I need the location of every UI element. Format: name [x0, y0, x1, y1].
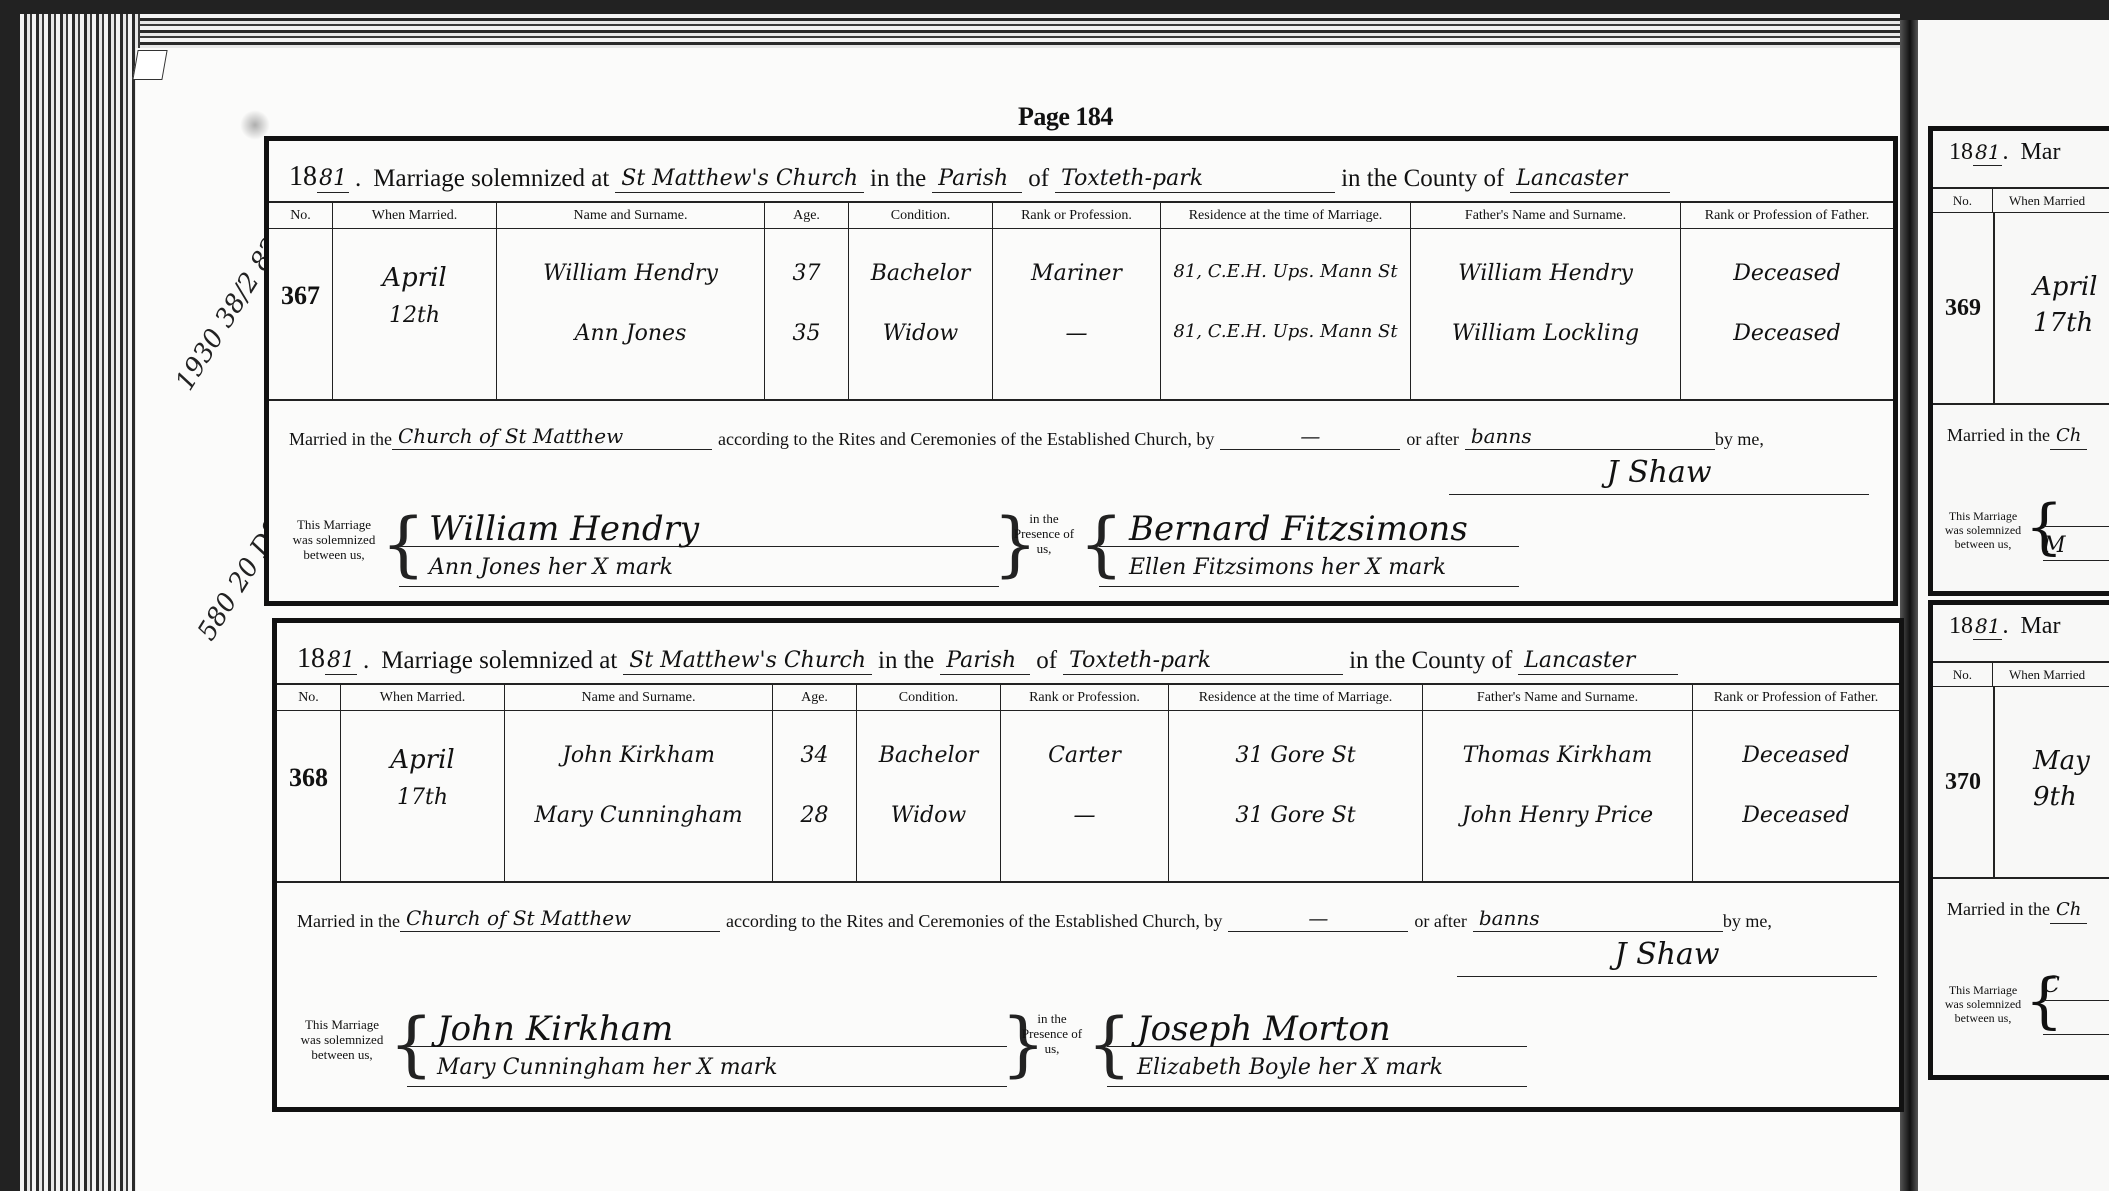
entry-number: 367 [269, 281, 332, 311]
bride-name: Ann Jones [497, 321, 764, 346]
year-prefix: 18 [289, 161, 317, 193]
page-edges-left [20, 14, 140, 1191]
col-no: No. 368 [277, 685, 341, 881]
col-father-name: Father's Name and Surname. Thomas Kirkha… [1423, 685, 1693, 881]
groom-profession: Mariner [993, 261, 1160, 286]
entry-number: 370 [1933, 769, 1993, 796]
married-in-church: Church of St Matthew [392, 423, 712, 450]
by-licence: — [1228, 905, 1408, 932]
marriage-entry-367: 1881. Marriage solemnized at St Matthew'… [264, 136, 1898, 606]
witness-2-signature: Elizabeth Boyle her X mark [1107, 1051, 1527, 1087]
witness-1-signature: Joseph Morton [1107, 1011, 1527, 1047]
signature-2: M [2043, 533, 2109, 561]
solemnized-between-label: This Marriage was solemnized between us, [1943, 983, 2023, 1025]
of-label: of [1022, 165, 1055, 193]
col-residence: Residence at the time of Marriage. 81, C… [1161, 203, 1411, 399]
district: Toxteth-park [1055, 166, 1335, 193]
groom-name: William Hendry [497, 261, 764, 286]
solemnized-between-label: This Marriage was solemnized between us, [297, 1017, 387, 1062]
page-number: Page 184 [1018, 102, 1113, 132]
col-condition: Condition. Bachelor Widow [849, 203, 993, 399]
entry-header: 1881. Marriage solemnized at St Matthew'… [269, 149, 1893, 193]
col-age: Age. 34 28 [773, 685, 857, 881]
bride-father-profession: Deceased [1681, 321, 1893, 346]
date-day: 17th [341, 785, 504, 810]
bride-name: Mary Cunningham [505, 803, 772, 828]
entry-table: No. 367 When Married. April 12th Name an… [269, 201, 1893, 401]
col-father-name: Father's Name and Surname. William Hendr… [1411, 203, 1681, 399]
col-name: Name and Surname. John Kirkham Mary Cunn… [505, 685, 773, 881]
col-profession: Rank or Profession. Carter — [1001, 685, 1169, 881]
date: April17th [2033, 269, 2097, 341]
county: Lancaster [1518, 648, 1678, 675]
solemnized-label: Marriage solemnized at [375, 647, 623, 675]
bride-age: 28 [773, 803, 856, 828]
witness-2-signature: Ellen Fitzsimons her X mark [1099, 551, 1519, 587]
page-edges-top [20, 14, 1900, 50]
groom-father: Thomas Kirkham [1423, 743, 1692, 768]
bride-residence: 31 Gore St [1169, 803, 1422, 828]
signature-1: C [2043, 973, 2109, 1001]
date-day: 12th [333, 303, 496, 328]
solemnized-label: Marriage solemnized at [367, 165, 615, 193]
col-father-profession: Rank or Profession of Father. Deceased D… [1681, 203, 1893, 399]
in-the-label: in the [872, 647, 940, 675]
entry-table-header: No. When Married [1933, 661, 2109, 687]
col-age: Age. 37 35 [765, 203, 849, 399]
groom-age: 37 [765, 261, 848, 286]
place: St Matthew's Church [615, 166, 864, 193]
groom-father-profession: Deceased [1693, 743, 1899, 768]
marriage-entry-370-partial: 1881. Mar No. When Married 370 May9th Ma… [1928, 600, 2109, 1080]
groom-residence: 31 Gore St [1169, 743, 1422, 768]
signature-1 [2043, 499, 2109, 527]
entry-table: No. 368 When Married. April 17th Name an… [277, 683, 1899, 883]
signatures-block: This Marriage was solemnized between us,… [289, 505, 1889, 595]
corner-tab [132, 50, 167, 80]
entry-table-header: No. When Married [1933, 187, 2109, 213]
married-in-line: Married in the Church of St Matthew acco… [297, 905, 1889, 932]
groom-condition: Bachelor [857, 743, 1000, 768]
district: Toxteth-park [1063, 648, 1343, 675]
married-in-church: Church of St Matthew [400, 905, 720, 932]
col-residence: Residence at the time of Marriage. 31 Go… [1169, 685, 1423, 881]
by-licence: — [1220, 423, 1400, 450]
marriage-entry-369-partial: 1881. Mar No. When Married 369 April17th… [1928, 126, 2109, 596]
witness-1-signature: Bernard Fitzsimons [1099, 511, 1519, 547]
solemnized-between-label: This Marriage was solemnized between us, [1943, 509, 2023, 551]
bride-profession: — [993, 321, 1160, 346]
date-month: April [333, 263, 496, 293]
groom-profession: Carter [1001, 743, 1168, 768]
col-condition: Condition. Bachelor Widow [857, 685, 1001, 881]
county-label: in the County of [1335, 165, 1510, 193]
groom-name: John Kirkham [505, 743, 772, 768]
bride-age: 35 [765, 321, 848, 346]
col-no: No. 367 [269, 203, 333, 399]
bride-condition: Widow [849, 321, 992, 346]
signatures-block: This Marriage was solemnized between us,… [297, 1005, 1897, 1095]
solemnized-between-label: This Marriage was solemnized between us, [289, 517, 379, 562]
bride-father: John Henry Price [1423, 803, 1692, 828]
county: Lancaster [1510, 166, 1670, 193]
col-name: Name and Surname. William Hendry Ann Jon… [497, 203, 765, 399]
entry-header: 1881. Marriage solemnized at St Matthew'… [277, 631, 1899, 675]
margin-notes: 1930 38/2 82 580 20 D8 [148, 270, 258, 620]
district-type: Parish [940, 648, 1030, 675]
entry-number: 368 [277, 763, 340, 793]
col-father-profession: Rank or Profession of Father. Deceased D… [1693, 685, 1899, 881]
officiant-signature: J Shaw [1457, 937, 1877, 977]
entry-header: 1881. Mar [1949, 139, 2060, 166]
date: May9th [2033, 743, 2090, 815]
married-in-line: Married in the Church of St Matthew acco… [289, 423, 1883, 450]
col-when-married: When Married. April 17th [341, 685, 505, 881]
bride-father: William Lockling [1411, 321, 1680, 346]
officiant-signature: J Shaw [1449, 455, 1869, 495]
entry-header: 1881. Mar [1949, 613, 2060, 640]
groom-residence: 81, C.E.H. Ups. Mann St [1161, 261, 1410, 282]
groom-age: 34 [773, 743, 856, 768]
or-after-value: banns [1473, 905, 1723, 932]
date-month: April [341, 745, 504, 775]
or-after-value: banns [1465, 423, 1715, 450]
district-type: Parish [932, 166, 1022, 193]
of-label: of [1030, 647, 1063, 675]
married-in-line: Married in theCh [1947, 897, 2087, 924]
in-the-label: in the [864, 165, 932, 193]
presence-label: in the Presence of us, [1017, 1011, 1087, 1056]
bride-signature: Mary Cunningham her X mark [407, 1051, 1007, 1087]
col-when-married: When Married. April 12th [333, 203, 497, 399]
entry-number: 369 [1933, 295, 1993, 322]
presence-label: in the Presence of us, [1009, 511, 1079, 556]
bride-residence: 81, C.E.H. Ups. Mann St [1161, 321, 1410, 342]
bride-father-profession: Deceased [1693, 803, 1899, 828]
year-prefix: 18 [297, 643, 325, 675]
groom-signature: John Kirkham [407, 1011, 1007, 1047]
groom-signature: William Hendry [399, 511, 999, 547]
groom-father: William Hendry [1411, 261, 1680, 286]
bride-signature: Ann Jones her X mark [399, 551, 999, 587]
county-label: in the County of [1343, 647, 1518, 675]
bride-profession: — [1001, 803, 1168, 828]
year-suffix: 81 [325, 648, 357, 675]
groom-condition: Bachelor [849, 261, 992, 286]
bride-condition: Widow [857, 803, 1000, 828]
signature-2 [2043, 1007, 2109, 1035]
groom-father-profession: Deceased [1681, 261, 1893, 286]
married-in-line: Married in theCh [1947, 423, 2087, 450]
col-profession: Rank or Profession. Mariner — [993, 203, 1161, 399]
place: St Matthew's Church [623, 648, 872, 675]
marriage-entry-368: 1881. Marriage solemnized at St Matthew'… [272, 618, 1904, 1112]
year-suffix: 81 [317, 166, 349, 193]
